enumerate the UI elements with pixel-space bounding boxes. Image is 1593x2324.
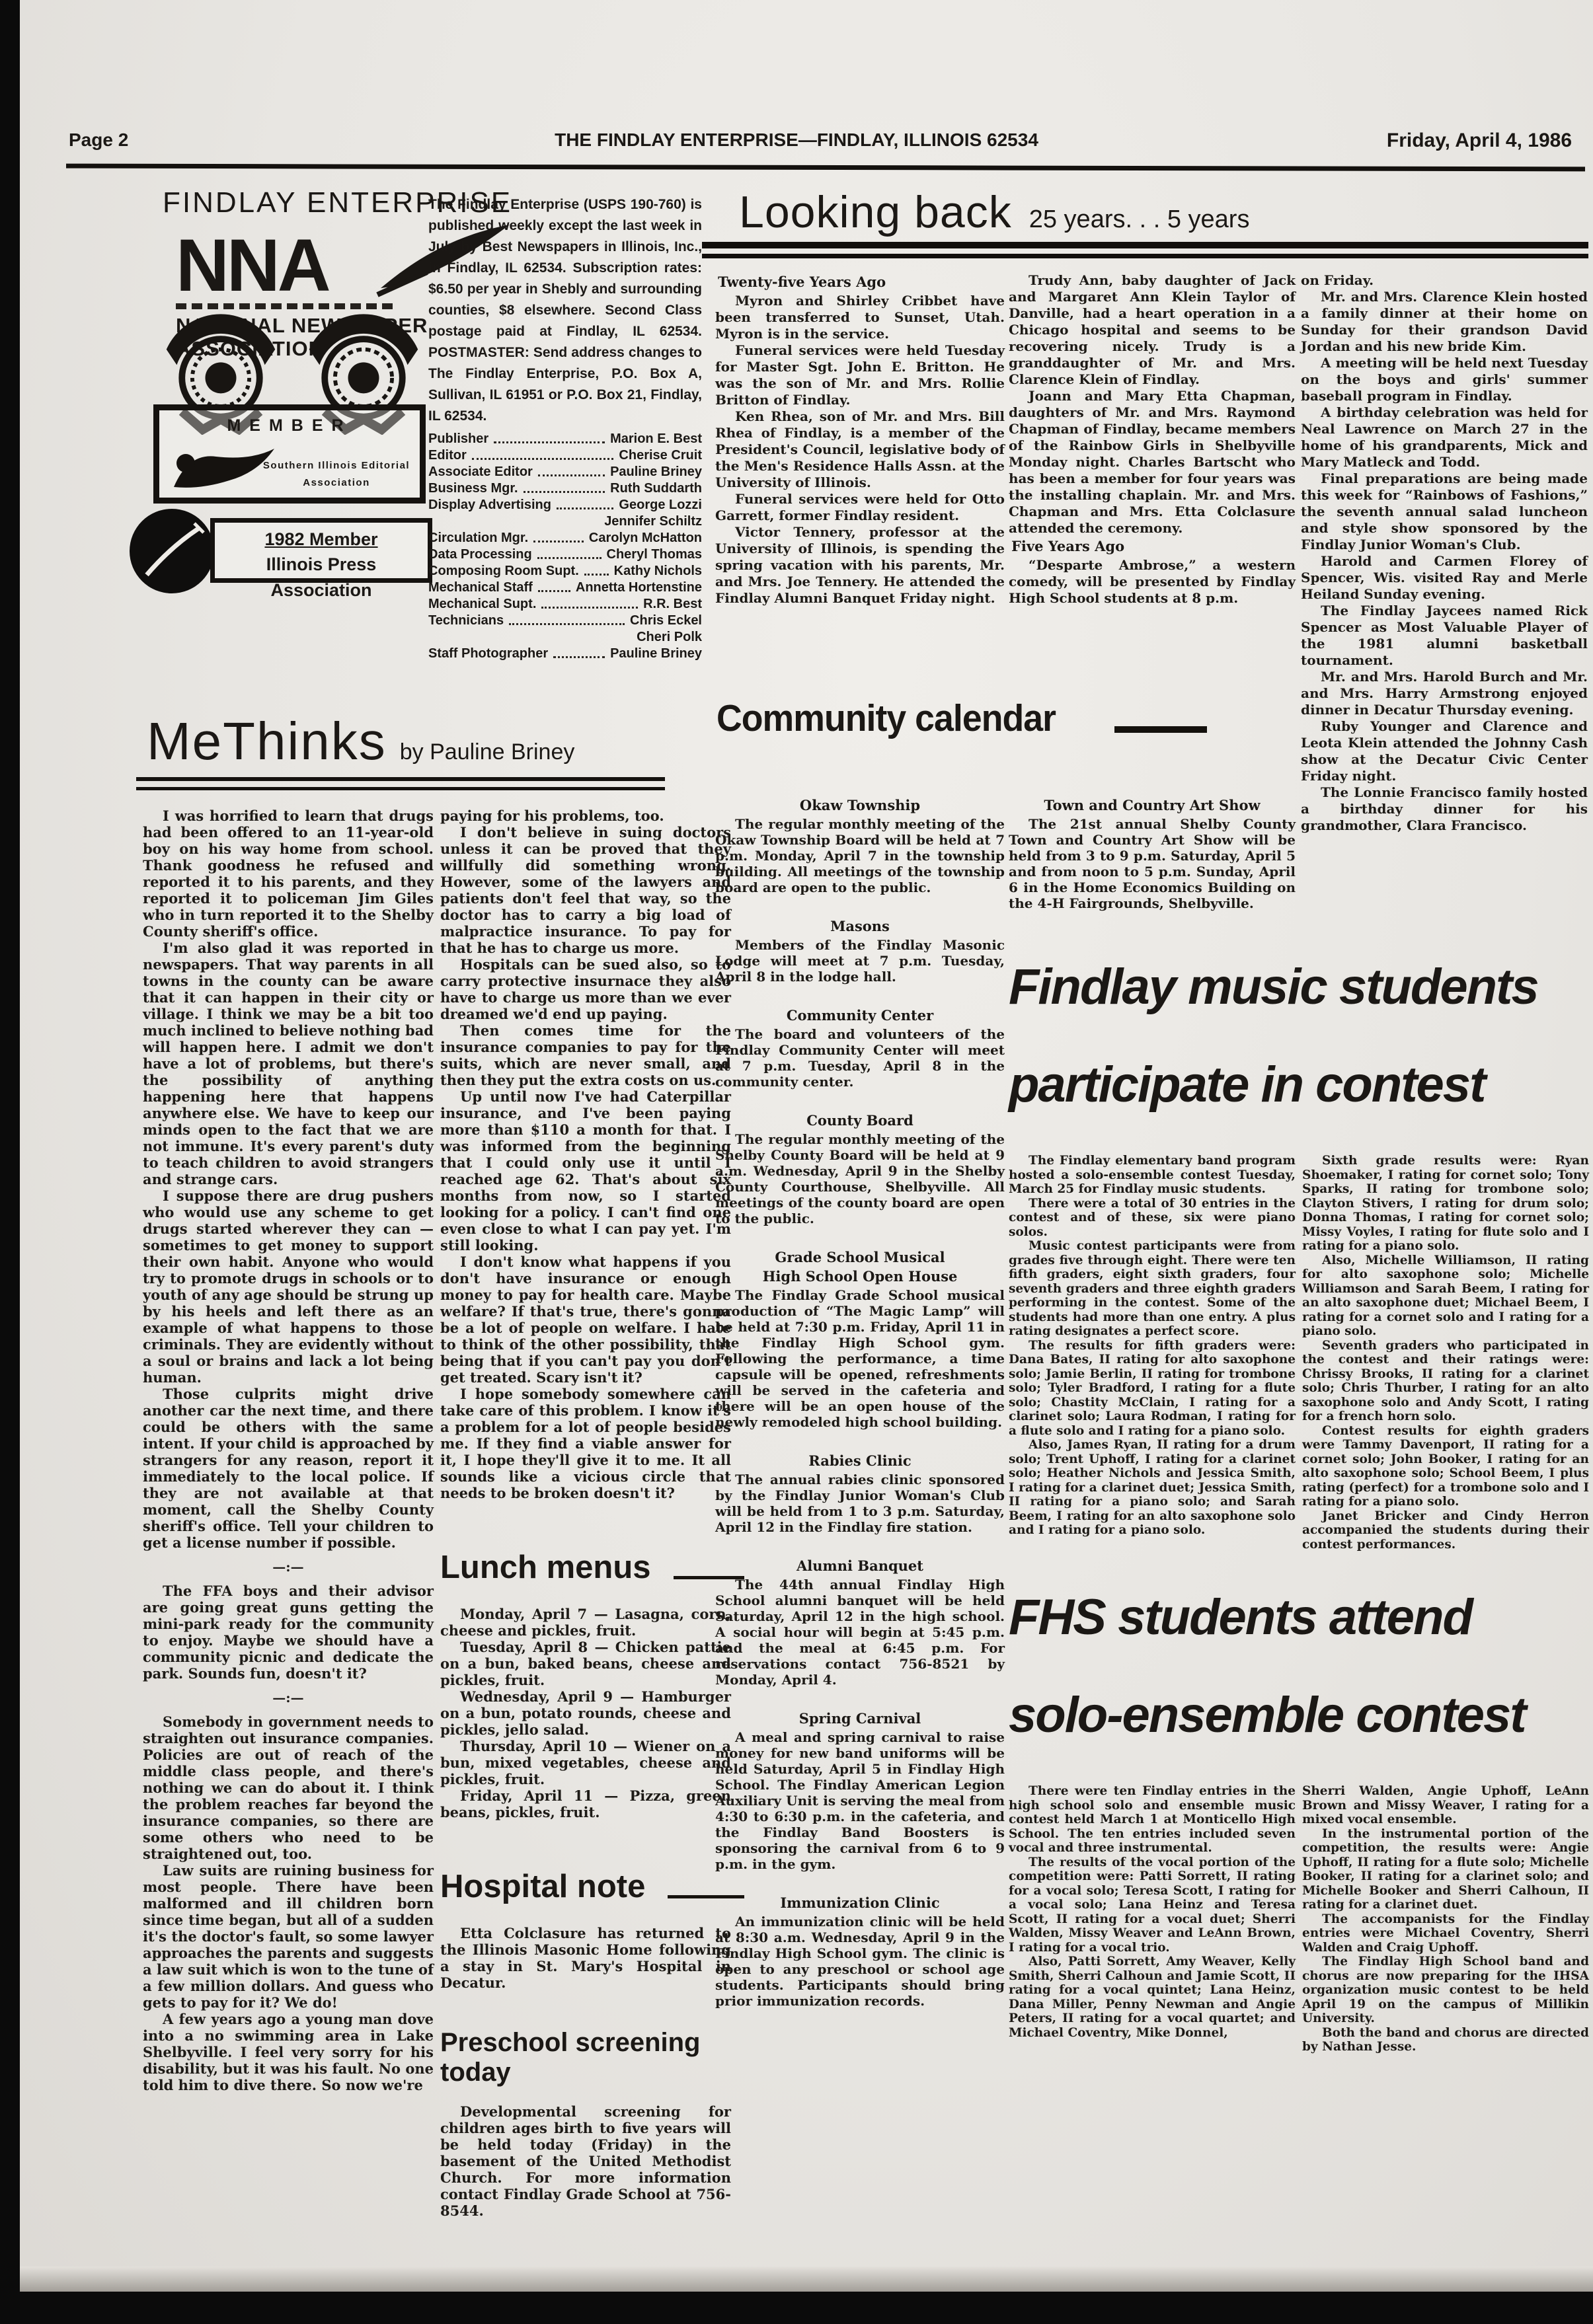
preschool-screening-text: Developmental screening for children age… <box>440 2103 731 2219</box>
calendar-item: County Board The regular monthly meeting… <box>715 1112 1005 1226</box>
paragraph: The results of the vocal portion of the … <box>1009 1855 1296 1955</box>
looking-back-column-3: on Friday. Mr. and Mrs. Clarence Klein h… <box>1301 272 1588 834</box>
paragraph: Funeral services were held Tuesday for M… <box>715 342 1005 408</box>
paragraph: The results for fifth graders were: Dana… <box>1009 1339 1296 1439</box>
masthead-about-text: The Findlay Enterprise (USPS 190-760) is… <box>428 194 702 427</box>
looking-back-subtitle: 25 years. . . 5 years <box>1029 206 1250 234</box>
calendar-item-text: The 44th annual Findlay High School alum… <box>715 1577 1005 1688</box>
staff-role: Data Processing <box>428 546 532 563</box>
article-block: The accompanists for the Findlay entries… <box>1302 1912 1589 1955</box>
music-article-column-1: The Findlay elementary band program host… <box>1009 1154 1296 1552</box>
lunch-menu-item: Friday, April 11 — Pizza, green beans, p… <box>440 1787 731 1820</box>
looking-back-block: Victor Tennery, professor at the Univers… <box>715 524 1005 607</box>
staff-name: Cheri Polk <box>637 629 702 646</box>
looking-back-block: Five Years Ago <box>1009 538 1296 554</box>
paragraph: “Desparte Ambrose,” a western comedy, wi… <box>1009 557 1296 607</box>
staff-name: George Lozzi <box>619 497 702 513</box>
paragraph: I suppose there are drug pushers who wou… <box>143 1187 434 1386</box>
staff-role: Editor <box>428 447 467 464</box>
calendar-item-title-line2: High School Open House <box>715 1268 1005 1285</box>
staff-row: Associate Editor Pauline Briney <box>428 464 702 480</box>
methinks-block: Then comes time for the insurance compan… <box>440 1022 731 1088</box>
paragraph: Up until now I've had Caterpillar insura… <box>440 1088 731 1254</box>
methinks-block: I was horrified to learn that drugs had … <box>143 807 434 940</box>
dot-leader <box>537 557 602 559</box>
looking-back-block: Trudy Ann, baby daughter of Jack and Mar… <box>1009 272 1296 388</box>
staff-role: Circulation Mgr. <box>428 530 528 546</box>
article-block: Seventh graders who participated in the … <box>1302 1339 1589 1424</box>
looking-back-block: Ken Rhea, son of Mr. and Mrs. Bill Rhea … <box>715 408 1005 491</box>
calendar-item-title: Grade School Musical <box>715 1249 1005 1265</box>
staff-row: Composing Room Supt. Kathy Nichols <box>428 563 702 580</box>
article-block: Music contest participants were from gra… <box>1009 1239 1296 1339</box>
looking-back-block: Joann and Mary Etta Chapman, daughters o… <box>1009 388 1296 537</box>
paragraph: The Findlay High School band and chorus … <box>1302 1955 1589 2026</box>
page-header-title: THE FINDLAY ENTERPRISE—FINDLAY, ILLINOIS… <box>0 130 1593 151</box>
paragraph: The Findlay Jaycees named Rick Spencer a… <box>1301 603 1588 669</box>
methinks-block: Somebody in government needs to straight… <box>143 1713 434 1862</box>
paragraph: I hope somebody somewhere can take care … <box>440 1386 731 1501</box>
article-block: The results of the vocal portion of the … <box>1009 1855 1296 1955</box>
looking-back-block: “Desparte Ambrose,” a western comedy, wi… <box>1009 557 1296 607</box>
staff-role: Technicians <box>428 613 504 629</box>
calendar-item-text: The regular monthly meeting of the Shelb… <box>715 1131 1005 1226</box>
staff-row: Display Advertising George Lozzi <box>428 497 702 513</box>
paragraph: The Lonnie Francisco family hosted a bir… <box>1301 784 1588 834</box>
methinks-column-1: I was horrified to learn that drugs had … <box>143 807 434 2093</box>
paragraph: Victor Tennery, professor at the Univers… <box>715 524 1005 607</box>
music-article-headline-line2: participate in contest <box>1009 1036 1589 1134</box>
article-block: The Findlay elementary band program host… <box>1009 1154 1296 1197</box>
paragraph: Also, Patti Sorrett, Amy Weaver, Kelly S… <box>1009 1955 1296 2040</box>
ipa-name: Illinois Press Association <box>215 552 428 603</box>
paragraph: Myron and Shirley Cribbet have been tran… <box>715 293 1005 342</box>
methinks-block: I'm also glad it was reported in newspap… <box>143 940 434 1187</box>
staff-role: Composing Room Supt. <box>428 563 579 580</box>
paragraph: Music contest participants were from gra… <box>1009 1239 1296 1339</box>
paragraph: Ruby Younger and Clarence and Leota Klei… <box>1301 718 1588 784</box>
paragraph: Funeral services were held for Otto Garr… <box>715 491 1005 524</box>
staff-name: Chris Eckel <box>630 613 702 629</box>
calendar-item-title: Spring Carnival <box>715 1710 1005 1727</box>
community-calendar-title: Community calendar <box>717 696 1056 740</box>
looking-back-block: Mr. and Mrs. Clarence Klein hosted a fam… <box>1301 289 1588 355</box>
methinks-block: The FFA boys and their advisor are going… <box>143 1583 434 1682</box>
methinks-block: I suppose there are drug pushers who wou… <box>143 1187 434 1386</box>
header-rule <box>66 164 1585 172</box>
looking-back-block: Funeral services were held Tuesday for M… <box>715 342 1005 408</box>
paragraph: Sixth grade results were: Ryan Shoemaker… <box>1302 1154 1589 1254</box>
paragraph: on Friday. <box>1301 272 1588 289</box>
paragraph: I don't believe in suing doctors unless … <box>440 824 731 956</box>
article-block: There were ten Findlay entries in the hi… <box>1009 1784 1296 1855</box>
methinks-block: I don't believe in suing doctors unless … <box>440 824 731 956</box>
calendar-item: Town and Country Art Show The 21st annua… <box>1009 797 1296 911</box>
looking-back-block: Funeral services were held for Otto Garr… <box>715 491 1005 524</box>
looking-back-block: The Lonnie Francisco family hosted a bir… <box>1301 784 1588 834</box>
paragraph: Then comes time for the insurance compan… <box>440 1022 731 1088</box>
hospital-note-heading: Hospital note <box>440 1868 731 1905</box>
nna-acronym: NNA <box>176 231 329 299</box>
staff-name: Marion E. Best <box>610 431 702 447</box>
paragraph: Mr. and Mrs. Harold Burch and Mr. and Mr… <box>1301 669 1588 718</box>
subheading: Five Years Ago <box>1009 538 1296 554</box>
paragraph: I don't know what happens if you don't h… <box>440 1254 731 1386</box>
dot-leader <box>472 458 614 460</box>
paragraph: In the instrumental portion of the compe… <box>1302 1827 1589 1912</box>
methinks-block: I don't know what happens if you don't h… <box>440 1254 731 1386</box>
paragraph: A birthday celebration was held for Neal… <box>1301 404 1588 470</box>
calendar-item-text: Members of the Findlay Masonic Lodge wil… <box>715 937 1005 985</box>
preschool-screening-title: Preschool screening today <box>440 2028 731 2087</box>
paragraph: Joann and Mary Etta Chapman, daughters o… <box>1009 388 1296 537</box>
methinks-byline: by Pauline Briney <box>400 739 575 765</box>
paragraph: A meeting will be held next Tuesday on t… <box>1301 355 1588 404</box>
article-block: Janet Bricker and Cindy Herron accompani… <box>1302 1509 1589 1552</box>
calendar-item: Masons Members of the Findlay Masonic Lo… <box>715 918 1005 985</box>
calendar-item-title: Masons <box>715 918 1005 934</box>
looking-back-block: Myron and Shirley Cribbet have been tran… <box>715 293 1005 342</box>
lunch-menus-heading: Lunch menus <box>440 1549 731 1586</box>
dot-leader <box>557 507 613 509</box>
paragraph: I'm also glad it was reported in newspap… <box>143 940 434 1187</box>
calendar-item-title: Town and Country Art Show <box>1009 797 1296 813</box>
calendar-item-text: The annual rabies clinic sponsored by th… <box>715 1472 1005 1535</box>
community-calendar-heading: Community calendar <box>717 696 1207 740</box>
paragraph: Seventh graders who participated in the … <box>1302 1339 1589 1424</box>
member-org-line2: Association <box>260 474 413 492</box>
lunch-menu-item: Tuesday, April 8 — Chicken pattie on a b… <box>440 1639 731 1688</box>
lunch-menu-item: Wednesday, April 9 — Hamburger on a bun,… <box>440 1688 731 1738</box>
methinks-block: paying for his problems, too. <box>440 807 731 824</box>
methinks-block: I hope somebody somewhere can take care … <box>440 1386 731 1501</box>
heading-dash-rule <box>1114 726 1207 733</box>
paragraph: The Findlay elementary band program host… <box>1009 1154 1296 1197</box>
calendar-item: Spring Carnival A meal and spring carniv… <box>715 1710 1005 1872</box>
subheading: Twenty-five Years Ago <box>715 274 1005 290</box>
article-block: Both the band and chorus are directed by… <box>1302 2026 1589 2054</box>
fhs-article-headline-line2: solo-ensemble contest <box>1009 1667 1589 1764</box>
paragraph: There were ten Findlay entries in the hi… <box>1009 1784 1296 1855</box>
community-calendar-column-2: Town and Country Art Show The 21st annua… <box>1009 774 1296 911</box>
methinks-block: Hospitals can be sued also, so to carry … <box>440 956 731 1022</box>
methinks-block: Those culprits might drive another car t… <box>143 1386 434 1551</box>
staff-name: Pauline Briney <box>610 646 702 662</box>
paragraph: Harold and Carmen Florey of Spencer, Wis… <box>1301 553 1588 603</box>
methinks-heading: MeThinks by Pauline Briney <box>147 711 574 772</box>
paragraph: I was horrified to learn that drugs had … <box>143 807 434 940</box>
press-emblem-icon <box>130 509 214 593</box>
staff-row: Mechanical Supt. R.R. Best <box>428 596 702 613</box>
illinois-press-association-box: 1982 Member Illinois Press Association <box>210 518 432 583</box>
paragraph: Final preparations are being made this w… <box>1301 470 1588 553</box>
methinks-block: Up until now I've had Caterpillar insura… <box>440 1088 731 1254</box>
article-block: The Findlay High School band and chorus … <box>1302 1955 1589 2026</box>
staff-row: Jennifer Schiltz <box>428 513 702 530</box>
looking-back-block: on Friday. <box>1301 272 1588 289</box>
staff-role: Publisher <box>428 431 488 447</box>
calendar-item-title: Alumni Banquet <box>715 1557 1005 1574</box>
methinks-block: A few years ago a young man dove into a … <box>143 2011 434 2093</box>
member-box: MEMBER Southern Illinois Editorial Assoc… <box>153 404 426 504</box>
article-block: Contest results for eighth graders were … <box>1302 1424 1589 1509</box>
looking-back-block: Mr. and Mrs. Harold Burch and Mr. and Mr… <box>1301 669 1588 718</box>
staff-row: Staff Photographer Pauline Briney <box>428 646 702 662</box>
paragraph: Sherri Walden, Angie Uphoff, LeAnn Brown… <box>1302 1784 1589 1827</box>
lunch-menu-item: Thursday, April 10 — Wiener on a bun, mi… <box>440 1738 731 1787</box>
staff-name: R.R. Best <box>643 596 702 613</box>
staff-name: Pauline Briney <box>610 464 702 480</box>
methinks-column-2: paying for his problems, too. I don't be… <box>440 807 731 2219</box>
lunch-menu-item: Monday, April 7 — Lasagna, corn, cheese … <box>440 1606 731 1639</box>
staff-name: Ruth Suddarth <box>610 480 702 497</box>
article-block: Sixth grade results were: Ryan Shoemaker… <box>1302 1154 1589 1254</box>
calendar-item-title: Community Center <box>715 1007 1005 1024</box>
staff-row: Mechanical Staff Annetta Hortenstine <box>428 580 702 596</box>
community-calendar-column-1: Okaw Township The regular monthly meetin… <box>715 774 1005 2009</box>
staff-row: Cheri Polk <box>428 629 702 646</box>
staff-role: Business Mgr. <box>428 480 518 497</box>
methinks-column-2-text: paying for his problems, too. I don't be… <box>440 807 731 1501</box>
calendar-item-title: County Board <box>715 1112 1005 1129</box>
staff-role: Associate Editor <box>428 464 533 480</box>
fhs-article-column-1: There were ten Findlay entries in the hi… <box>1009 1784 1296 2054</box>
dot-leader <box>509 623 625 625</box>
paragraph: Hospitals can be sued also, so to carry … <box>440 956 731 1022</box>
calendar-item-text: A meal and spring carnival to raise mone… <box>715 1729 1005 1872</box>
member-organization: Southern Illinois Editorial Association <box>260 457 413 491</box>
staff-row: Editor Cherise Cruit <box>428 447 702 464</box>
dot-leader <box>553 656 605 658</box>
calendar-item-text: The 21st annual Shelby County Town and C… <box>1009 816 1296 911</box>
looking-back-block: Final preparations are being made this w… <box>1301 470 1588 553</box>
staff-list: Publisher Marion E. Best Editor Cherise … <box>428 431 702 662</box>
looking-back-block: A meeting will be held next Tuesday on t… <box>1301 355 1588 404</box>
looking-back-block: A birthday celebration was held for Neal… <box>1301 404 1588 470</box>
article-block: Also, James Ryan, II rating for a drum s… <box>1009 1438 1296 1538</box>
paragraph: Both the band and chorus are directed by… <box>1302 2026 1589 2054</box>
staff-role: Staff Photographer <box>428 646 548 662</box>
music-article-body: The Findlay elementary band program host… <box>1009 1154 1589 1552</box>
article-block: There were a total of 30 entries in the … <box>1009 1197 1296 1240</box>
fhs-article-body: There were ten Findlay entries in the hi… <box>1009 1784 1589 2054</box>
paragraph: Ken Rhea, son of Mr. and Mrs. Bill Rhea … <box>715 408 1005 491</box>
scan-edge-left <box>0 0 20 2324</box>
dot-leader <box>533 541 584 543</box>
staff-name: Kathy Nichols <box>614 563 702 580</box>
staff-name: Jennifer Schiltz <box>604 513 702 530</box>
dot-leader <box>494 441 605 443</box>
looking-back-block: Ruby Younger and Clarence and Leota Klei… <box>1301 718 1588 784</box>
member-org-line1: Southern Illinois Editorial <box>260 457 413 474</box>
calendar-item: Grade School Musical High School Open Ho… <box>715 1249 1005 1430</box>
section-separator: —:— <box>143 1559 434 1575</box>
dot-leader <box>541 607 638 609</box>
calendar-item-text: An immunization clinic will be held at 8… <box>715 1914 1005 2009</box>
music-article-column-2: Sixth grade results were: Ryan Shoemaker… <box>1302 1154 1589 1552</box>
looking-back-column-1: Twenty-five Years Ago Myron and Shirley … <box>715 272 1005 607</box>
staff-row: Circulation Mgr. Carolyn McHatton <box>428 530 702 546</box>
methinks-block: —:— <box>143 1690 434 1706</box>
page-date: Friday, April 4, 1986 <box>1387 130 1572 152</box>
paragraph: Trudy Ann, baby daughter of Jack and Mar… <box>1009 272 1296 388</box>
paragraph: The FFA boys and their advisor are going… <box>143 1583 434 1682</box>
calendar-item-text: The board and volunteers of the Findlay … <box>715 1026 1005 1090</box>
hospital-note-text: Etta Colclasure has returned to the Illi… <box>440 1925 731 1991</box>
staff-role: Mechanical Supt. <box>428 596 536 613</box>
scan-edge-bottom <box>0 2292 1593 2324</box>
ipa-year-member: 1982 Member <box>215 527 428 552</box>
staff-row: Technicians Chris Eckel <box>428 613 702 629</box>
paragraph: There were a total of 30 entries in the … <box>1009 1197 1296 1240</box>
methinks-rule <box>136 777 665 790</box>
calendar-item-title: Immunization Clinic <box>715 1894 1005 1911</box>
staff-row: Publisher Marion E. Best <box>428 431 702 447</box>
member-label: MEMBER <box>159 416 420 435</box>
staff-role: Display Advertising <box>428 497 551 513</box>
hospital-note-title: Hospital note <box>440 1868 645 1905</box>
paragraph: Contest results for eighth graders were … <box>1302 1424 1589 1509</box>
paragraph: Also, James Ryan, II rating for a drum s… <box>1009 1438 1296 1538</box>
lunch-menu-list: Monday, April 7 — Lasagna, corn, cheese … <box>440 1606 731 1820</box>
looking-back-rule <box>702 242 1588 258</box>
fhs-article-column-2: Sherri Walden, Angie Uphoff, LeAnn Brown… <box>1302 1784 1589 2054</box>
dot-leader <box>538 474 605 476</box>
paragraph: paying for his problems, too. <box>440 807 731 824</box>
staff-row: Business Mgr. Ruth Suddarth <box>428 480 702 497</box>
article-block: The results for fifth graders were: Dana… <box>1009 1339 1296 1439</box>
calendar-item: Okaw Township The regular monthly meetin… <box>715 797 1005 895</box>
article-block: Also, Michelle Williamson, II rating for… <box>1302 1254 1589 1339</box>
lunch-menus-title: Lunch menus <box>440 1549 651 1586</box>
paragraph: Somebody in government needs to straight… <box>143 1713 434 1862</box>
staff-role: Mechanical Staff <box>428 580 533 596</box>
calendar-item: Immunization Clinic An immunization clin… <box>715 1894 1005 2009</box>
paragraph: Also, Michelle Williamson, II rating for… <box>1302 1254 1589 1339</box>
article-block: Sherri Walden, Angie Uphoff, LeAnn Brown… <box>1302 1784 1589 1827</box>
calendar-item-title: Rabies Clinic <box>715 1452 1005 1469</box>
looking-back-column-2: Trudy Ann, baby daughter of Jack and Mar… <box>1009 272 1296 607</box>
looking-back-block: The Findlay Jaycees named Rick Spencer a… <box>1301 603 1588 669</box>
paragraph: Mr. and Mrs. Clarence Klein hosted a fam… <box>1301 289 1588 355</box>
scan-bottom-fade <box>0 2267 1593 2292</box>
staff-name: Annetta Hortenstine <box>576 580 702 596</box>
staff-row: Data Processing Cheryl Thomas <box>428 546 702 563</box>
paragraph: Those culprits might drive another car t… <box>143 1386 434 1551</box>
staff-name: Cheryl Thomas <box>607 546 702 563</box>
calendar-item-title: Okaw Township <box>715 797 1005 813</box>
looking-back-block: Harold and Carmen Florey of Spencer, Wis… <box>1301 553 1588 603</box>
article-block: Also, Patti Sorrett, Amy Weaver, Kelly S… <box>1009 1955 1296 2040</box>
looking-back-title: Looking back <box>739 186 1012 238</box>
calendar-item-text: The Findlay Grade School musical product… <box>715 1287 1005 1430</box>
methinks-title: MeThinks <box>147 711 387 772</box>
paragraph: A few years ago a young man dove into a … <box>143 2011 434 2093</box>
staff-name: Cherise Cruit <box>619 447 702 464</box>
dot-leader <box>524 491 605 493</box>
paragraph: The accompanists for the Findlay entries… <box>1302 1912 1589 1955</box>
methinks-block: —:— <box>143 1559 434 1575</box>
article-block: In the instrumental portion of the compe… <box>1302 1827 1589 1912</box>
fhs-article-headline-line1: FHS students attend <box>1009 1569 1589 1667</box>
calendar-item: Community Center The board and volunteer… <box>715 1007 1005 1090</box>
section-separator: —:— <box>143 1690 434 1706</box>
staff-name: Carolyn McHatton <box>589 530 702 546</box>
paragraph: Janet Bricker and Cindy Herron accompani… <box>1302 1509 1589 1552</box>
looking-back-heading: Looking back 25 years. . . 5 years <box>739 186 1249 238</box>
looking-back-block: Twenty-five Years Ago <box>715 274 1005 290</box>
dot-leader <box>584 574 609 576</box>
articles-region: Findlay music students participate in co… <box>1009 938 1589 2054</box>
calendar-item-text: The regular monthly meeting of the Okaw … <box>715 816 1005 895</box>
dot-leader <box>538 590 570 592</box>
calendar-item: Alumni Banquet The 44th annual Findlay H… <box>715 1557 1005 1688</box>
music-article-headline-line1: Findlay music students <box>1009 938 1589 1036</box>
preschool-screening-heading: Preschool screening today <box>440 2028 731 2087</box>
calendar-item: Rabies Clinic The annual rabies clinic s… <box>715 1452 1005 1535</box>
paragraph: Law suits are ruining business for most … <box>143 1862 434 2011</box>
methinks-block: Law suits are ruining business for most … <box>143 1862 434 2011</box>
